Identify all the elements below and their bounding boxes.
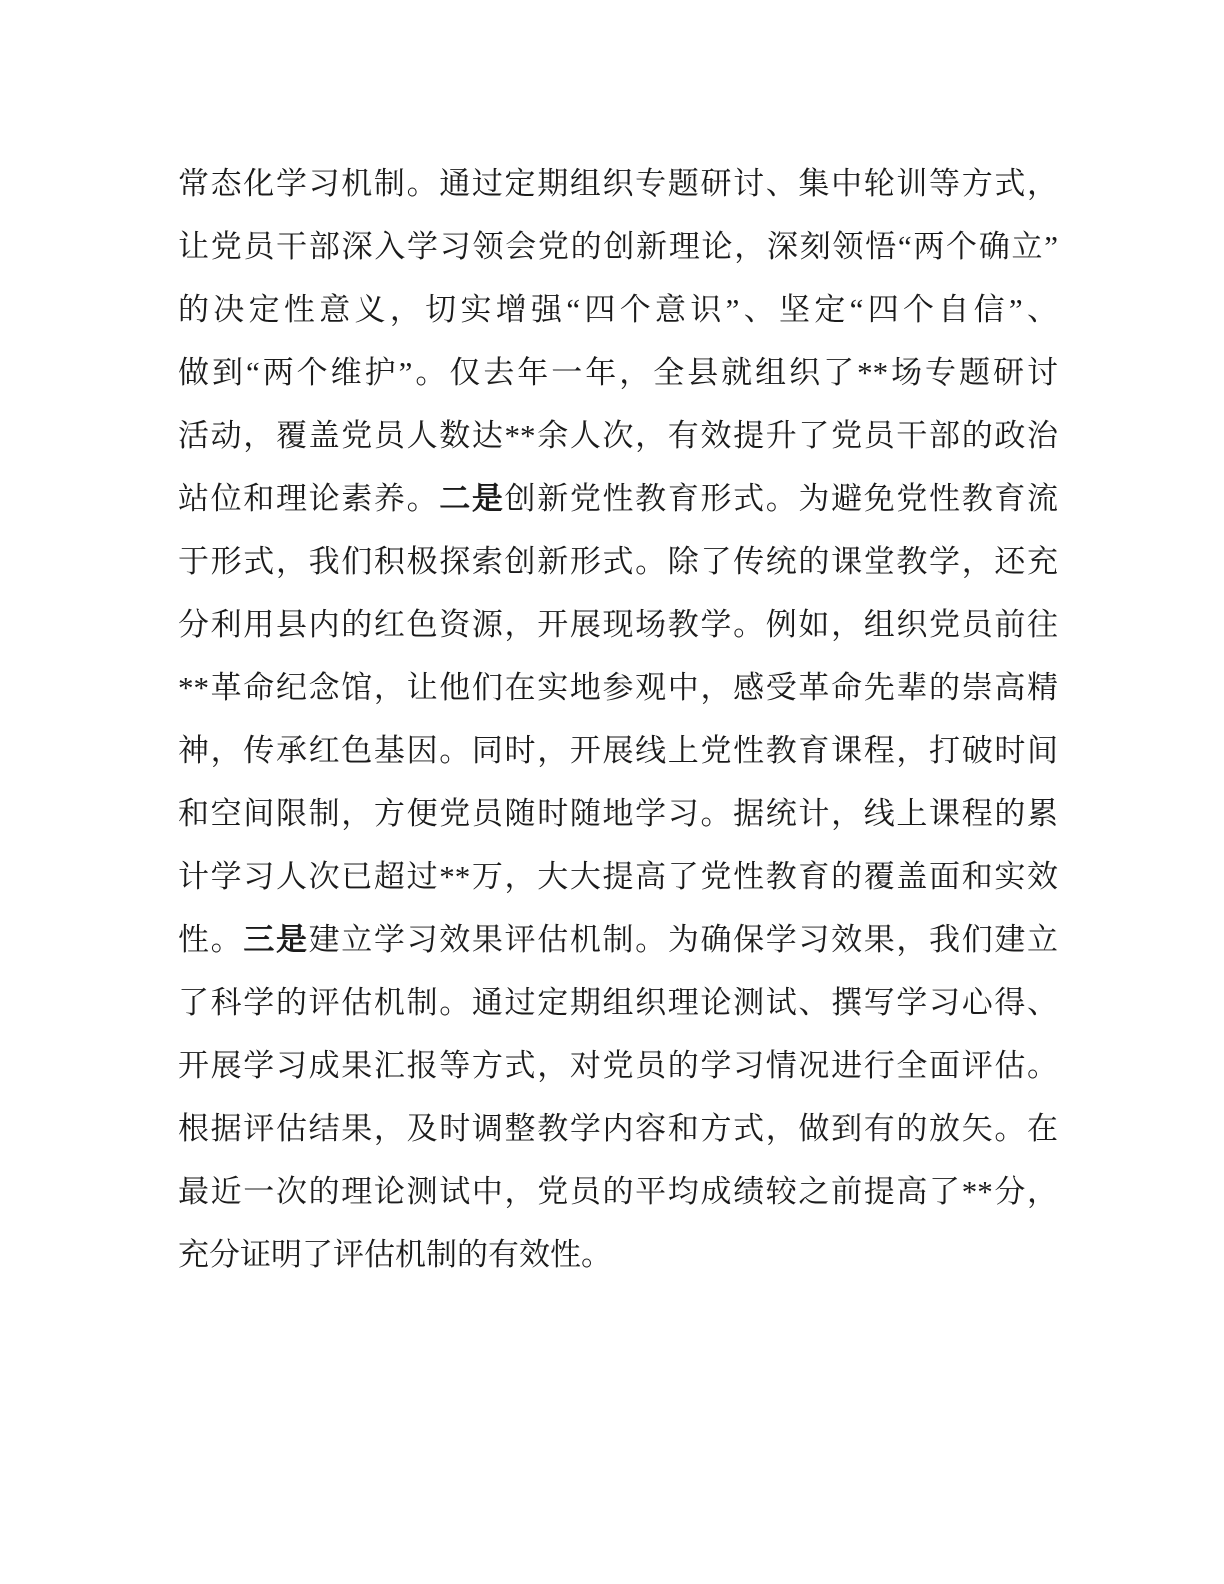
text-line: 活动，覆盖党员人数达**余人次，有效提升了党员干部的政治 — [178, 404, 1058, 467]
bold-heading-run: 三是 — [243, 922, 308, 957]
document-body: 常态化学习机制。通过定期组织专题研讨、集中轮训等方式， 让党员干部深入学习领会党… — [178, 152, 1058, 1286]
text-run: 创新党性教育形式。为避免党性教育流 — [505, 481, 1058, 516]
text-line: 充分证明了评估机制的有效性。 — [178, 1223, 1058, 1286]
document-page: 常态化学习机制。通过定期组织专题研讨、集中轮训等方式， 让党员干部深入学习领会党… — [0, 0, 1224, 1584]
text-run: 性。 — [178, 922, 243, 957]
text-line: **革命纪念馆，让他们在实地参观中，感受革命先辈的崇高精 — [178, 656, 1058, 719]
text-line: 开展学习成果汇报等方式，对党员的学习情况进行全面评估。 — [178, 1034, 1058, 1097]
text-run: 于形式，我们积极探索创新形式。除了传统的课堂教学，还充 — [178, 544, 1058, 579]
text-run: 和空间限制，方便党员随时随地学习。据统计，线上课程的累 — [178, 796, 1058, 831]
bold-heading-run: 二是 — [439, 481, 504, 516]
text-run: 活动，覆盖党员人数达**余人次，有效提升了党员干部的政治 — [178, 418, 1058, 453]
text-line: 的决定性意义，切实增强“四个意识”、坚定“四个自信”、 — [178, 278, 1058, 341]
text-run: 最近一次的理论测试中，党员的平均成绩较之前提高了**分， — [178, 1174, 1058, 1209]
text-line: 常态化学习机制。通过定期组织专题研讨、集中轮训等方式， — [178, 152, 1058, 215]
text-run: 建立学习效果评估机制。为确保学习效果，我们建立 — [309, 922, 1058, 957]
text-run: 开展学习成果汇报等方式，对党员的学习情况进行全面评估。 — [178, 1048, 1058, 1083]
text-line: 让党员干部深入学习领会党的创新理论，深刻领悟“两个确立” — [178, 215, 1058, 278]
text-run: 根据评估结果，及时调整教学内容和方式，做到有的放矢。在 — [178, 1111, 1058, 1146]
text-run: **革命纪念馆，让他们在实地参观中，感受革命先辈的崇高精 — [178, 670, 1058, 705]
text-line: 于形式，我们积极探索创新形式。除了传统的课堂教学，还充 — [178, 530, 1058, 593]
text-run: 充分证明了评估机制的有效性。 — [178, 1237, 612, 1272]
text-run: 做到“两个维护”。仅去年一年，全县就组织了**场专题研讨 — [178, 355, 1058, 390]
text-line: 性。三是建立学习效果评估机制。为确保学习效果，我们建立 — [178, 908, 1058, 971]
text-line: 分利用县内的红色资源，开展现场教学。例如，组织党员前往 — [178, 593, 1058, 656]
text-run: 神，传承红色基因。同时，开展线上党性教育课程，打破时间 — [178, 733, 1058, 768]
text-run: 计学习人次已超过**万，大大提高了党性教育的覆盖面和实效 — [178, 859, 1058, 894]
text-line: 计学习人次已超过**万，大大提高了党性教育的覆盖面和实效 — [178, 845, 1058, 908]
text-line: 根据评估结果，及时调整教学内容和方式，做到有的放矢。在 — [178, 1097, 1058, 1160]
text-line: 了科学的评估机制。通过定期组织理论测试、撰写学习心得、 — [178, 971, 1058, 1034]
text-line: 站位和理论素养。二是创新党性教育形式。为避免党性教育流 — [178, 467, 1058, 530]
text-run: 站位和理论素养。 — [178, 481, 439, 516]
text-line: 最近一次的理论测试中，党员的平均成绩较之前提高了**分， — [178, 1160, 1058, 1223]
text-run: 常态化学习机制。通过定期组织专题研讨、集中轮训等方式， — [178, 166, 1058, 201]
text-run: 让党员干部深入学习领会党的创新理论，深刻领悟“两个确立” — [178, 229, 1058, 264]
text-run: 了科学的评估机制。通过定期组织理论测试、撰写学习心得、 — [178, 985, 1058, 1020]
text-run: 分利用县内的红色资源，开展现场教学。例如，组织党员前往 — [178, 607, 1058, 642]
text-line: 做到“两个维护”。仅去年一年，全县就组织了**场专题研讨 — [178, 341, 1058, 404]
text-line: 和空间限制，方便党员随时随地学习。据统计，线上课程的累 — [178, 782, 1058, 845]
text-run: 的决定性意义，切实增强“四个意识”、坚定“四个自信”、 — [178, 292, 1058, 327]
text-line: 神，传承红色基因。同时，开展线上党性教育课程，打破时间 — [178, 719, 1058, 782]
